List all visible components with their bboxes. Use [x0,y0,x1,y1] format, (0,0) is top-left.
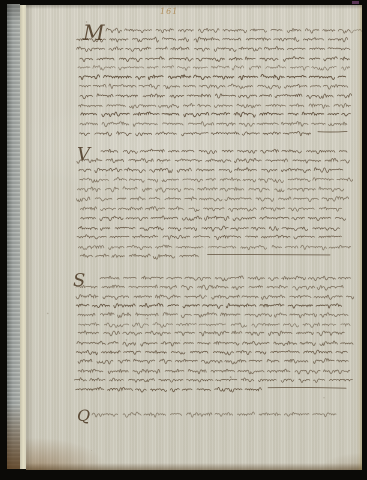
ink-speck [230,376,232,378]
handwriting-line [80,122,347,127]
ink-speck [294,313,295,314]
handwriting-line [79,84,347,89]
handwriting-line [100,276,351,281]
ink-speck [180,340,181,341]
paragraph-end-dash [268,387,346,388]
handwriting-line [80,207,341,212]
paragraph-end-dash [318,131,347,132]
scanned-manuscript: 161 MVSQ [0,0,367,480]
ink-speck [126,339,127,340]
handwriting-line [80,254,198,259]
handwriting-line [77,235,342,240]
paragraph-3: S [73,270,354,392]
paragraph-2: V [77,144,353,259]
handwriting-line [76,350,347,355]
handwriting-line [76,303,341,308]
paragraph-4: Q [77,406,336,425]
handwriting-line [80,57,350,62]
ink-speck [91,450,92,451]
handwriting-line [78,369,350,374]
ink-speck [86,21,87,22]
handwriting-line [79,168,343,173]
handwriting-line [78,359,348,365]
handwriting-line [79,74,346,79]
handwriting-line [80,94,352,99]
handwriting-line [77,47,350,52]
handwriting-line [78,245,350,250]
handwriting-line [74,378,352,383]
handwriting-line [79,322,350,327]
handwriting-line [78,187,344,192]
handwriting-line [81,112,351,117]
handwriting-line [78,65,350,70]
handwriting-line [76,387,262,392]
handwriting-line [81,216,346,221]
handwriting-line [77,158,349,163]
handwriting-line [78,226,339,231]
paragraph-1: M [77,21,352,136]
marginal-mark [350,29,361,33]
handwriting-line [78,313,348,318]
handwriting-line [106,28,350,33]
handwriting-line [92,412,336,417]
ink-speck [47,313,49,315]
paragraph-end-dash [208,254,330,255]
handwriting-line [76,285,343,290]
handwriting-line [80,131,311,136]
paragraph-initial: S [73,270,85,291]
handwriting-line [80,178,353,183]
handwriting-line [79,103,351,108]
handwriting-line [77,197,349,202]
handwriting-line [77,341,353,346]
paragraph-initial: Q [77,406,90,425]
ink-speck [323,397,324,398]
handwriting-line [101,149,347,154]
marginal-mark-stroke [350,29,361,33]
handwriting-line [78,331,344,336]
ink-speck [111,40,112,41]
ink-speck [146,318,148,320]
handwriting-svg: MVSQ [0,0,367,480]
ink-speck [205,248,206,249]
scan-artifact [352,1,359,4]
handwriting-line [76,294,354,299]
handwriting-line [77,37,348,42]
ink-speck [105,175,106,176]
ink-speck [129,332,130,333]
ink-speck [161,162,163,164]
